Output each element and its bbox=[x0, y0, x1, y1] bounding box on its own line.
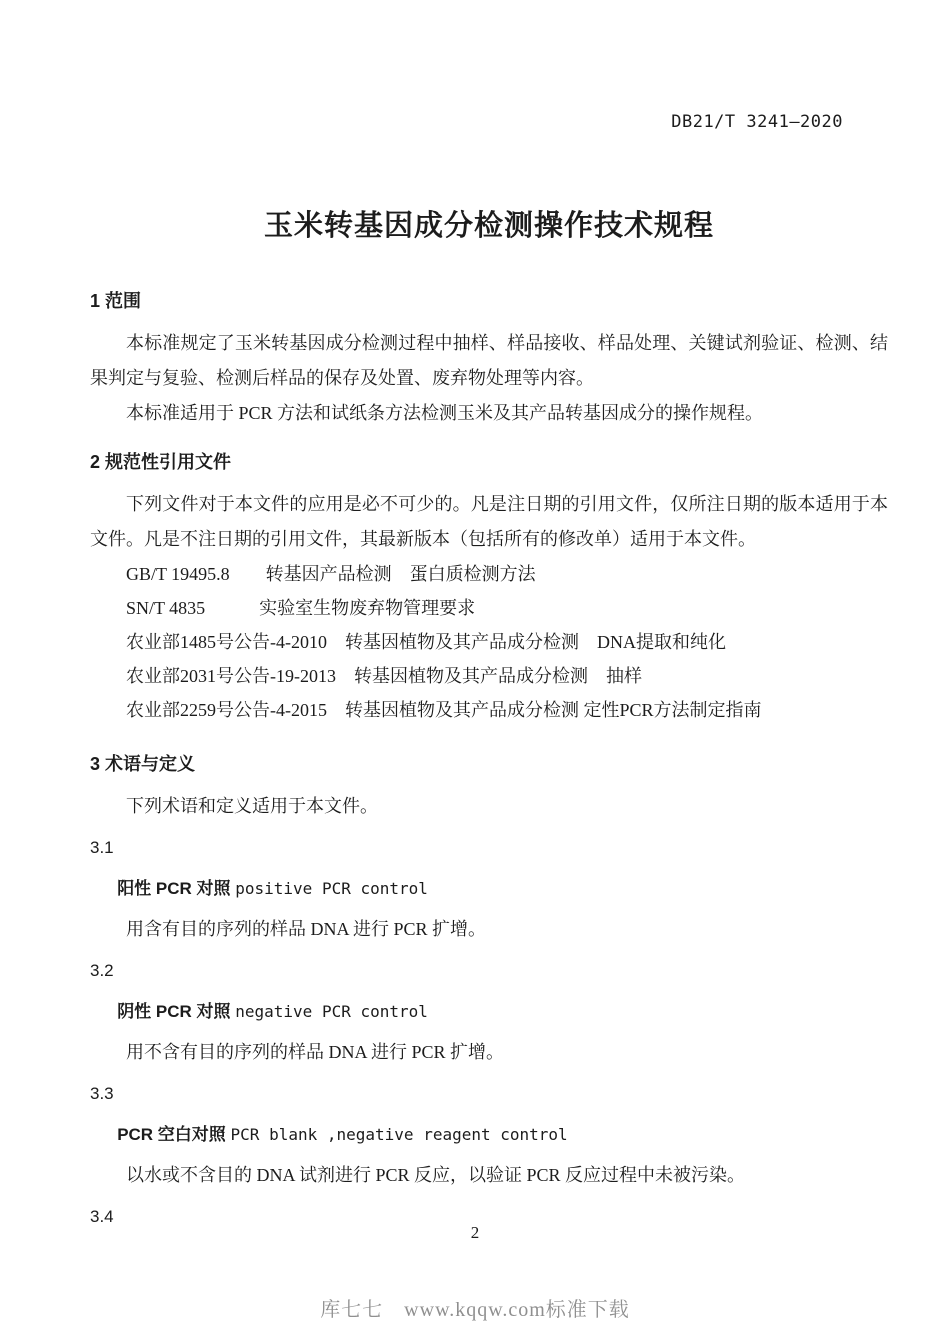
page-content: DB21/T 3241—2020 玉米转基因成分检测操作技术规程 1 范围 本标… bbox=[90, 0, 888, 1234]
standard-code-header: DB21/T 3241—2020 bbox=[90, 0, 888, 134]
section-heading-terms: 3 术语与定义 bbox=[90, 751, 888, 777]
term-number: 3.2 bbox=[90, 953, 888, 988]
references-intro: 下列文件对于本文件的应用是必不可少的。凡是注日期的引用文件，仅所注日期的版本适用… bbox=[90, 487, 888, 557]
reference-item: SN/T 4835 实验室生物废弃物管理要求 bbox=[90, 591, 888, 625]
term-title-en: negative PCR control bbox=[235, 1002, 428, 1021]
term-title: PCR 空白对照 PCR blank ,negative reagent con… bbox=[90, 1117, 888, 1152]
scope-paragraph-2: 本标准适用于 PCR 方法和试纸条方法检测玉米及其产品转基因成分的操作规程。 bbox=[90, 396, 888, 431]
document-title: 玉米转基因成分检测操作技术规程 bbox=[90, 206, 888, 246]
reference-item: 农业部1485号公告-4-2010 转基因植物及其产品成分检测 DNA提取和纯化 bbox=[90, 625, 888, 659]
scope-paragraph-1: 本标准规定了玉米转基因成分检测过程中抽样、样品接收、样品处理、关键试剂验证、检测… bbox=[90, 326, 888, 396]
term-title-en: positive PCR control bbox=[235, 879, 428, 898]
section-heading-references: 2 规范性引用文件 bbox=[90, 449, 888, 475]
watermark-text: 库七七 www.kqqw.com标准下载 bbox=[0, 1297, 950, 1323]
page-number: 2 bbox=[0, 1222, 950, 1244]
reference-item: 农业部2259号公告-4-2015 转基因植物及其产品成分检测 定性PCR方法制… bbox=[90, 693, 888, 727]
term-number: 3.1 bbox=[90, 830, 888, 865]
term-definition: 用不含有目的序列的样品 DNA 进行 PCR 扩增。 bbox=[90, 1035, 888, 1070]
term-number: 3.3 bbox=[90, 1076, 888, 1111]
terms-intro: 下列术语和定义适用于本文件。 bbox=[90, 789, 888, 824]
term-title-zh: 阳性 PCR 对照 bbox=[117, 879, 235, 898]
term-title-en: PCR blank ,negative reagent control bbox=[231, 1125, 568, 1144]
term-title-zh: PCR 空白对照 bbox=[117, 1125, 230, 1144]
reference-item: GB/T 19495.8 转基因产品检测 蛋白质检测方法 bbox=[90, 557, 888, 591]
term-title-zh: 阴性 PCR 对照 bbox=[117, 1002, 235, 1021]
section-heading-scope: 1 范围 bbox=[90, 288, 888, 314]
document-page: DB21/T 3241—2020 玉米转基因成分检测操作技术规程 1 范围 本标… bbox=[0, 0, 950, 1344]
term-definition: 用含有目的序列的样品 DNA 进行 PCR 扩增。 bbox=[90, 912, 888, 947]
reference-item: 农业部2031号公告-19-2013 转基因植物及其产品成分检测 抽样 bbox=[90, 659, 888, 693]
term-title: 阴性 PCR 对照 negative PCR control bbox=[90, 994, 888, 1029]
term-title: 阳性 PCR 对照 positive PCR control bbox=[90, 871, 888, 906]
term-definition: 以水或不含目的 DNA 试剂进行 PCR 反应，以验证 PCR 反应过程中未被污… bbox=[90, 1158, 888, 1193]
